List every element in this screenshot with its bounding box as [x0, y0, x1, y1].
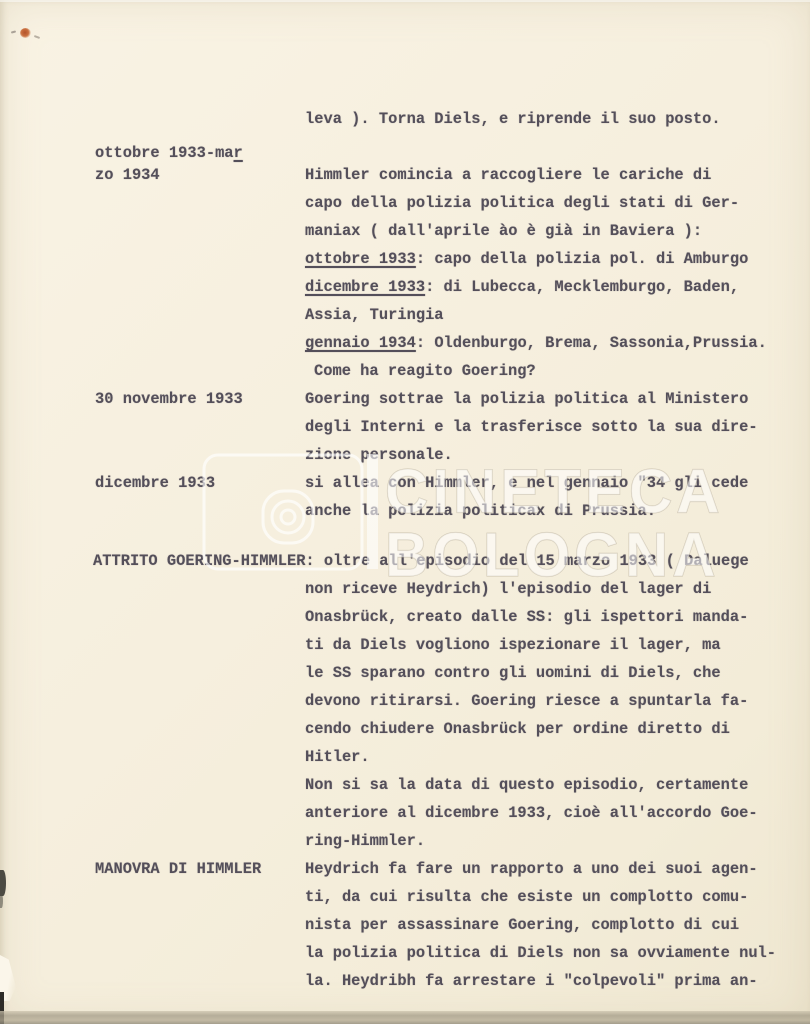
paper-speck	[11, 30, 16, 33]
underlined-text-segment: ottobre 1933	[305, 250, 416, 268]
typewritten-line: Hitler.	[305, 747, 370, 767]
underlined-text-segment: dicembre 1933	[305, 278, 425, 296]
text-segment: zo 1934	[95, 166, 160, 184]
typewritten-line: Onasbrück, creato dalle SS: gli ispettor…	[305, 607, 748, 627]
typewritten-line: gennaio 1934: Oldenburgo, Brema, Sassoni…	[305, 333, 767, 353]
text-segment: si allea con Himmler, e nel gennaio "34 …	[305, 474, 748, 492]
text-segment: ti da Diels vogliono ispezionare il lage…	[305, 636, 721, 654]
typewritten-line: nista per assassinare Goering, complotto…	[305, 915, 739, 935]
typewritten-line: ti, da cui risulta che esiste un complot…	[305, 887, 748, 907]
underlined-text-segment: gennaio 1934	[305, 334, 416, 352]
text-segment: Hitler.	[305, 748, 370, 766]
typewritten-line: le SS sparano contro gli uomini di Diels…	[305, 663, 721, 683]
typewritten-line: anche la polizia politicax di Prussia.	[305, 501, 656, 521]
text-segment: le SS sparano contro gli uomini di Diels…	[305, 664, 721, 682]
typewritten-line: Come ha reagito Goering?	[314, 361, 536, 381]
text-segment: Assia, Turingia	[305, 306, 444, 324]
typewritten-line: ottobre 1933: capo della polizia pol. di…	[305, 249, 748, 269]
text-segment: : Oldenburgo, Brema, Sassonia,Prussia.	[416, 334, 767, 352]
rust-stain	[20, 28, 31, 38]
typewritten-line: la. Heydribh fa arrestare i "colpevoli" …	[305, 971, 758, 991]
typewritten-line: zione personale.	[305, 445, 453, 465]
typewritten-line: anteriore al dicembre 1933, cioè all'acc…	[305, 803, 758, 823]
left-edge-ink-mark	[0, 870, 6, 896]
typewritten-line: non riceve Heydrich) l'episodio del lage…	[305, 579, 711, 599]
typewritten-line: dicembre 1933: di Lubecca, Mecklemburgo,…	[305, 277, 739, 297]
text-segment: ring-Himmler.	[305, 832, 425, 850]
typewritten-line: devono ritirarsi. Goering riesce a spunt…	[305, 691, 748, 711]
text-segment: leva ). Torna Diels, e riprende il suo p…	[305, 110, 721, 128]
text-segment: Come ha reagito Goering?	[314, 362, 536, 380]
text-segment: Himmler comincia a raccogliere le carich…	[305, 166, 711, 184]
film-logo-ring-icon	[272, 501, 304, 533]
typewritten-line: Himmler comincia a raccogliere le carich…	[305, 165, 711, 185]
typewritten-line: cendo chiudere Onasbrück per ordine dire…	[305, 719, 730, 739]
underlined-text-segment: r	[234, 144, 243, 162]
typewritten-line: la polizia politica di Diels non sa ovvi…	[305, 943, 776, 963]
text-segment: : capo della polizia pol. di Amburgo	[416, 250, 749, 268]
typewritten-line: leva ). Torna Diels, e riprende il suo p…	[305, 109, 721, 129]
typewritten-line: MANOVRA DI HIMMLER	[95, 859, 261, 879]
text-segment: ATTRITO GOERING-HIMMLER: oltre all'episo…	[93, 552, 749, 570]
text-segment: dicembre 1933	[95, 474, 215, 492]
text-segment: : di Lubecca, Mecklemburgo, Baden,	[425, 278, 739, 296]
text-segment: devono ritirarsi. Goering riesce a spunt…	[305, 692, 748, 710]
text-segment: 30 novembre 1933	[95, 390, 243, 408]
typewritten-line: maniax ( dall'aprile ào è già in Baviera…	[305, 221, 702, 241]
left-edge-ink-mark	[0, 894, 3, 908]
typewritten-line: ring-Himmler.	[305, 831, 425, 851]
text-segment: cendo chiudere Onasbrück per ordine dire…	[305, 720, 730, 738]
text-segment: MANOVRA DI HIMMLER	[95, 860, 261, 878]
document-page: leva ). Torna Diels, e riprende il suo p…	[0, 0, 810, 1024]
text-segment: ottobre 1933-ma	[95, 144, 234, 162]
typewritten-line: degli Interni e la trasferisce sotto la …	[305, 417, 758, 437]
typewritten-line: ottobre 1933-mar	[95, 143, 243, 163]
typewritten-line: Goering sottrae la polizia politica al M…	[305, 389, 748, 409]
typewritten-line: dicembre 1933	[95, 473, 215, 493]
text-segment: Onasbrück, creato dalle SS: gli ispettor…	[305, 608, 748, 626]
typewritten-line: capo della polizia politica degli stati …	[305, 193, 739, 213]
text-segment: anteriore al dicembre 1933, cioè all'acc…	[305, 804, 758, 822]
text-segment: non riceve Heydrich) l'episodio del lage…	[305, 580, 711, 598]
text-segment: la. Heydribh fa arrestare i "colpevoli" …	[305, 972, 758, 990]
text-segment: Heydrich fa fare un rapporto a uno dei s…	[305, 860, 758, 878]
text-segment: la polizia politica di Diels non sa ovvi…	[305, 944, 776, 962]
text-segment: Non si sa la data di questo episodio, ce…	[305, 776, 748, 794]
text-segment: ti, da cui risulta che esiste un complot…	[305, 888, 748, 906]
text-segment: zione personale.	[305, 446, 453, 464]
typewritten-line: zo 1934	[95, 165, 160, 185]
typewritten-line: si allea con Himmler, e nel gennaio "34 …	[305, 473, 748, 493]
typewritten-line: Assia, Turingia	[305, 305, 444, 325]
typewritten-line: 30 novembre 1933	[95, 389, 243, 409]
typewritten-line: Non si sa la data di questo episodio, ce…	[305, 775, 748, 795]
typewritten-line: Heydrich fa fare un rapporto a uno dei s…	[305, 859, 758, 879]
film-logo-core-icon	[281, 510, 295, 524]
scan-top-edge	[0, 0, 810, 2]
text-segment: maniax ( dall'aprile ào è già in Baviera…	[305, 222, 702, 240]
text-segment: Goering sottrae la polizia politica al M…	[305, 390, 748, 408]
typewritten-line: ti da Diels vogliono ispezionare il lage…	[305, 635, 721, 655]
typewritten-line: ATTRITO GOERING-HIMMLER: oltre all'episo…	[93, 551, 749, 571]
scan-bottom-edge	[0, 1011, 810, 1024]
text-segment: nista per assassinare Goering, complotto…	[305, 916, 739, 934]
paper-speck	[34, 35, 40, 39]
text-segment: capo della polizia politica degli stati …	[305, 194, 739, 212]
text-segment: anche la polizia politicax di Prussia.	[305, 502, 656, 520]
text-segment: degli Interni e la trasferisce sotto la …	[305, 418, 758, 436]
